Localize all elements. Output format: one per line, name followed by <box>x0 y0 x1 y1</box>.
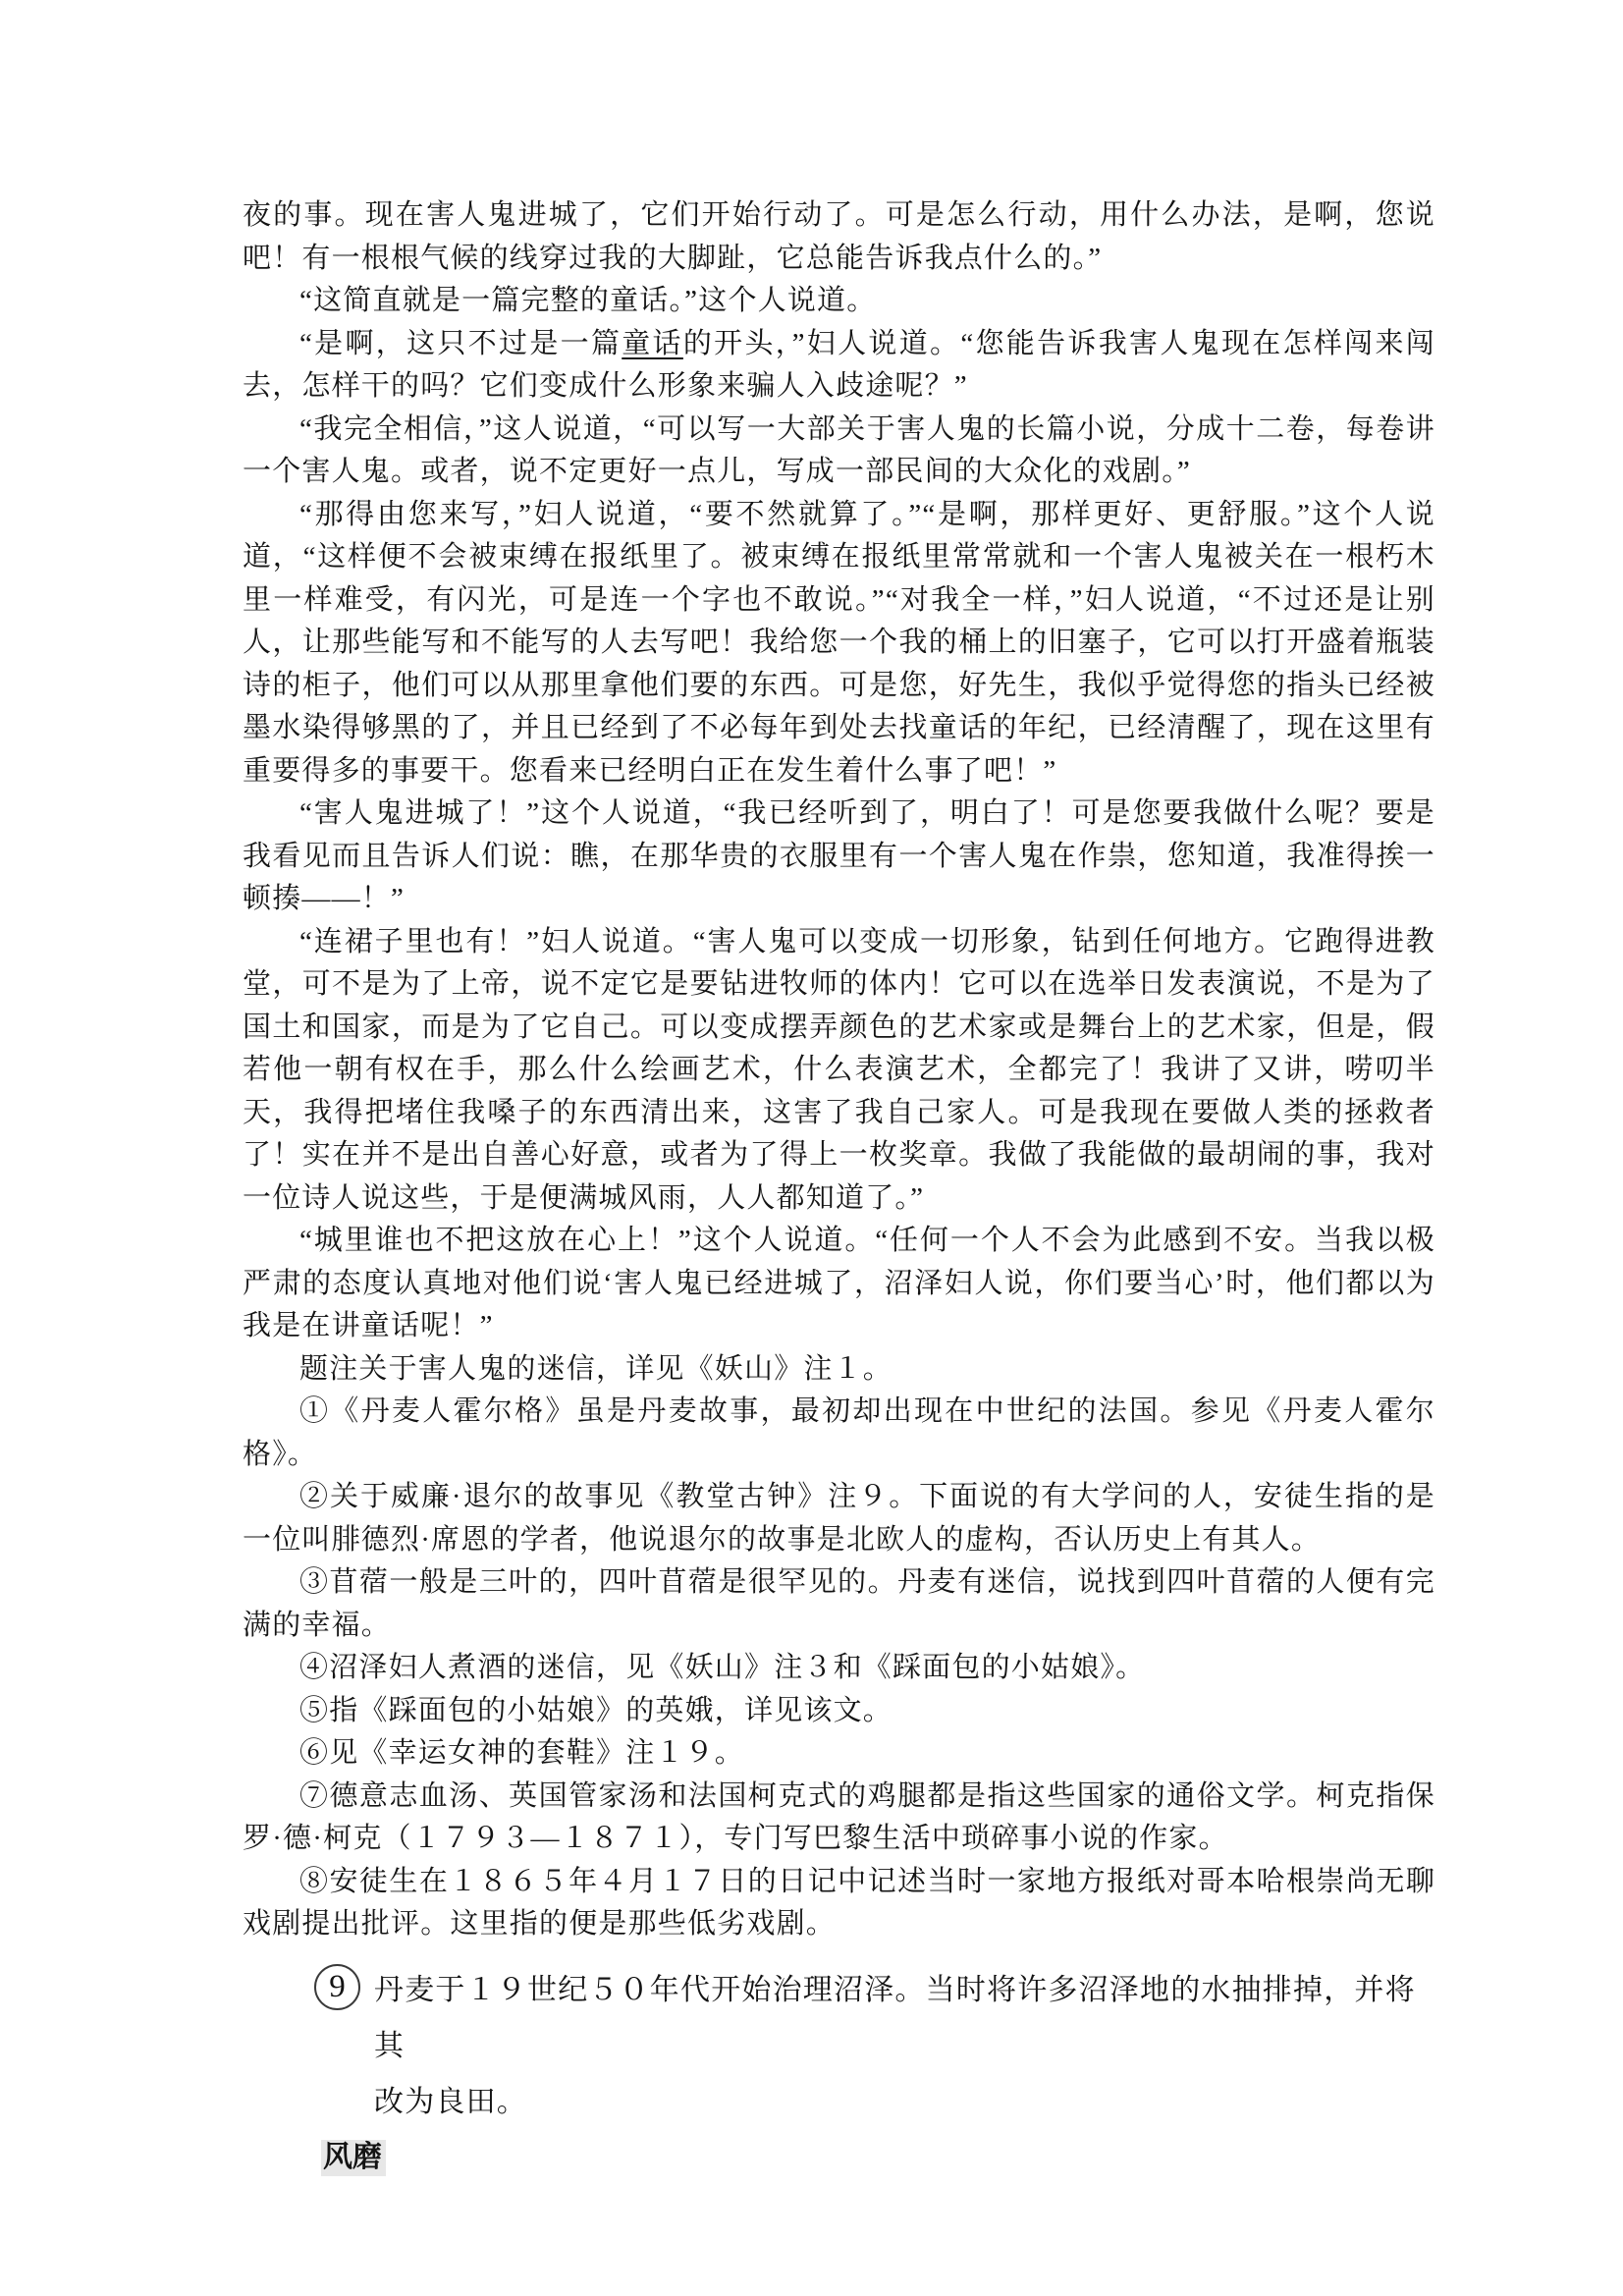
paragraph: “这简直就是一篇完整的童话。”这个人说道。 <box>243 280 1435 323</box>
text-segment: “这简直就是一篇完整的童话。”这个人说道。 <box>299 285 876 316</box>
paragraph: ⑦德意志血汤、英国管家汤和法国柯克式的鸡腿都是指这些国家的通俗文学。柯克指保罗·… <box>243 1776 1435 1861</box>
footnote-9-line: 改为良田。 <box>374 2074 1435 2130</box>
text-segment: 夜的事。现在害人鬼进城了，它们开始行动了。可是怎么行动，用什么办法，是啊，您说吧… <box>243 199 1435 274</box>
text-segment: “害人鬼进城了！”这个人说道，“我已经听到了，明白了！可是您要我做什么呢？要是我… <box>243 797 1435 914</box>
paragraph: 夜的事。现在害人鬼进城了，它们开始行动了。可是怎么行动，用什么办法，是啊，您说吧… <box>243 194 1435 280</box>
paragraph: ②关于威廉·退尔的故事见《教堂古钟》注９。下面说的有大学问的人，安徒生指的是一位… <box>243 1476 1435 1561</box>
next-story-title-text: 风磨 <box>321 2140 386 2176</box>
text-segment: ⑧安徒生在１８６５年４月１７日的日记中记述当时一家地方报纸对哥本哈根崇尚无聊戏剧… <box>243 1866 1435 1941</box>
paragraph: “害人鬼进城了！”这个人说道，“我已经听到了，明白了！可是您要我做什么呢？要是我… <box>243 793 1435 921</box>
text-segment: ①《丹麦人霍尔格》虽是丹麦故事，最初却出现在中世纪的法国。参见《丹麦人霍尔格》。 <box>243 1395 1435 1470</box>
text-segment: ④沼泽妇人煮酒的迷信，见《妖山》注３和《踩面包的小姑娘》。 <box>299 1652 1145 1683</box>
paragraph: ⑤指《踩面包的小姑娘》的英娥，详见该文。 <box>243 1690 1435 1733</box>
paragraph: “连裙子里也有！”妇人说道。“害人鬼可以变成一切形象，钻到任何地方。它跑得进教堂… <box>243 921 1435 1221</box>
paragraph: ⑥见《幸运女神的套鞋》注１９。 <box>243 1732 1435 1776</box>
text-segment: ②关于威廉·退尔的故事见《教堂古钟》注９。下面说的有大学问的人，安徒生指的是一位… <box>243 1481 1435 1556</box>
paragraph: ④沼泽妇人煮酒的迷信，见《妖山》注３和《踩面包的小姑娘》。 <box>243 1647 1435 1690</box>
footnote-9-block: 9 丹麦于１９世纪５０年代开始治理沼泽。当时将许多沼泽地的水抽排掉，并将其改为良… <box>314 1962 1435 2130</box>
text-segment: “是啊，这只不过是一篇 <box>299 328 622 359</box>
paragraph: “那得由您来写，”妇人说道，“要不然就算了。”“是啊，那样更好、更舒服。”这个人… <box>243 494 1435 793</box>
text-segment: ⑦德意志血汤、英国管家汤和法国柯克式的鸡腿都是指这些国家的通俗文学。柯克指保罗·… <box>243 1780 1435 1855</box>
footnote-9-line: 丹麦于１９世纪５０年代开始治理沼泽。当时将许多沼泽地的水抽排掉，并将其 <box>374 1962 1435 2074</box>
story-text-block: 夜的事。现在害人鬼进城了，它们开始行动了。可是怎么行动，用什么办法，是啊，您说吧… <box>243 194 1435 2179</box>
paragraph: “我完全相信，”这人说道，“可以写一大部关于害人鬼的长篇小说，分成十二卷，每卷讲… <box>243 409 1435 494</box>
text-segment: “连裙子里也有！”妇人说道。“害人鬼可以变成一切形象，钻到任何地方。它跑得进教堂… <box>243 926 1435 1214</box>
text-segment: ⑥见《幸运女神的套鞋》注１９。 <box>299 1737 744 1769</box>
text-segment: ⑤指《踩面包的小姑娘》的英娥，详见该文。 <box>299 1695 893 1726</box>
paragraph: “是啊，这只不过是一篇童话的开头，”妇人说道。“您能告诉我害人鬼现在怎样闯来闯去… <box>243 323 1435 409</box>
paragraph: 题注关于害人鬼的迷信，详见《妖山》注１。 <box>243 1348 1435 1392</box>
text-segment: “城里谁也不把这放在心上！”这个人说道。“任何一个人不会为此感到不安。当我以极严… <box>243 1225 1435 1341</box>
text-segment: “那得由您来写，”妇人说道，“要不然就算了。”“是啊，那样更好、更舒服。”这个人… <box>243 499 1435 787</box>
document-page: 夜的事。现在害人鬼进城了，它们开始行动了。可是怎么行动，用什么办法，是啊，您说吧… <box>0 0 1623 2296</box>
next-story-title: 风磨 <box>321 2136 1435 2179</box>
paragraph: ①《丹麦人霍尔格》虽是丹麦故事，最初却出现在中世纪的法国。参见《丹麦人霍尔格》。 <box>243 1391 1435 1476</box>
paragraphs-container: 夜的事。现在害人鬼进城了，它们开始行动了。可是怎么行动，用什么办法，是啊，您说吧… <box>243 194 1435 1946</box>
paragraph: ⑧安徒生在１８６５年４月１７日的日记中记述当时一家地方报纸对哥本哈根崇尚无聊戏剧… <box>243 1861 1435 1946</box>
circled-9-marker: 9 <box>314 1964 360 2010</box>
underlined-term: 童话 <box>622 328 683 359</box>
paragraph: “城里谁也不把这放在心上！”这个人说道。“任何一个人不会为此感到不安。当我以极严… <box>243 1220 1435 1348</box>
text-segment: 题注关于害人鬼的迷信，详见《妖山》注１。 <box>299 1353 893 1385</box>
text-segment: ③苜蓿一般是三叶的，四叶苜蓿是很罕见的。丹麦有迷信，说找到四叶苜蓿的人便有完满的… <box>243 1566 1435 1641</box>
footnote-9-text: 丹麦于１９世纪５０年代开始治理沼泽。当时将许多沼泽地的水抽排掉，并将其改为良田。 <box>374 1962 1435 2130</box>
paragraph: ③苜蓿一般是三叶的，四叶苜蓿是很罕见的。丹麦有迷信，说找到四叶苜蓿的人便有完满的… <box>243 1561 1435 1647</box>
text-segment: “我完全相信，”这人说道，“可以写一大部关于害人鬼的长篇小说，分成十二卷，每卷讲… <box>243 413 1435 488</box>
